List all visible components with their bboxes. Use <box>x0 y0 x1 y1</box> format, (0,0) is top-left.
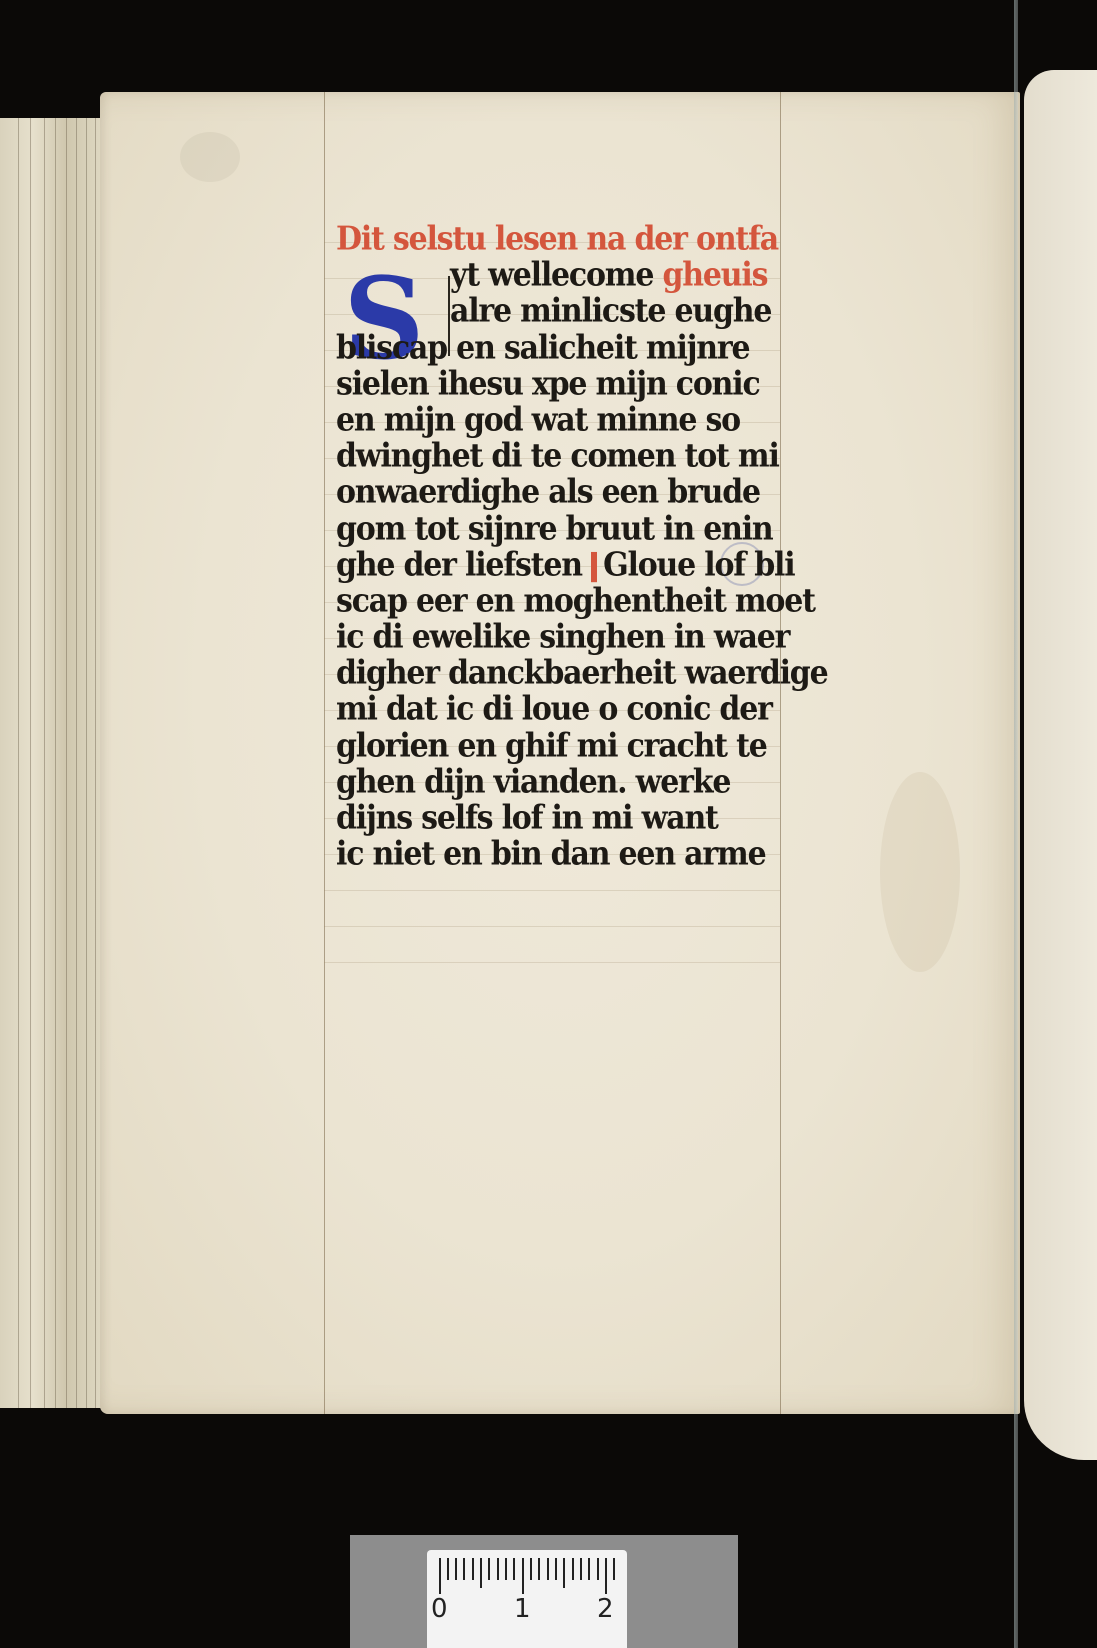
text-line-15: ghen dijn vianden. werke <box>336 763 856 802</box>
scale-ruler: 0 1 2 <box>427 1550 627 1648</box>
glass-plate-edge <box>1014 0 1018 1648</box>
text-line-4: sielen ihesu xpe mijn conic <box>336 365 856 404</box>
text-line-8: gom tot sijnre bruut in enin <box>336 510 856 549</box>
rubric-heading: Dit selstu lesen na der ontfa <box>336 221 856 260</box>
text-block: Dit selstu lesen na der ontfa yt welleco… <box>336 222 856 873</box>
red-capital-stroke <box>591 552 597 582</box>
text-line-11: ic di ewelike singhen in waer <box>336 619 856 658</box>
text-line-17: ic niet en bin dan een arme <box>336 836 856 875</box>
text-line-16: dijns selfs lof in mi want <box>336 800 856 839</box>
text-line-1: yt wellecome gheuis <box>336 257 856 296</box>
text-line-9: ghe der liefsten Gloue lof bli <box>336 546 856 585</box>
text-line-10: scap eer en moghentheit moet <box>336 582 856 621</box>
stain <box>880 772 960 972</box>
text-line-12: digher danckbaerheit waerdige <box>336 655 856 694</box>
stacked-page-edges <box>0 118 110 1408</box>
text-line-13: mi dat ic di loue o conic der <box>336 691 856 730</box>
facing-page-edge <box>1024 70 1097 1460</box>
text-line-3: bliscap en salicheit mijnre <box>336 329 856 368</box>
ruler-label-1: 1 <box>514 1594 531 1624</box>
stain <box>180 132 240 182</box>
ruler-label-2: 2 <box>597 1594 614 1624</box>
rubric-word: gheuis <box>662 257 767 295</box>
text-line-6: dwinghet di te comen tot mi <box>336 438 856 477</box>
text-line-2: alre minlicste eughe <box>336 293 856 332</box>
text-line-7: onwaerdighe als een brude <box>336 474 856 513</box>
text-line-5: en mijn god wat minne so <box>336 401 856 440</box>
text-line-14: glorien en ghif mi cracht te <box>336 727 856 766</box>
left-ruling-line <box>324 92 325 1414</box>
ruler-label-0: 0 <box>431 1594 448 1624</box>
